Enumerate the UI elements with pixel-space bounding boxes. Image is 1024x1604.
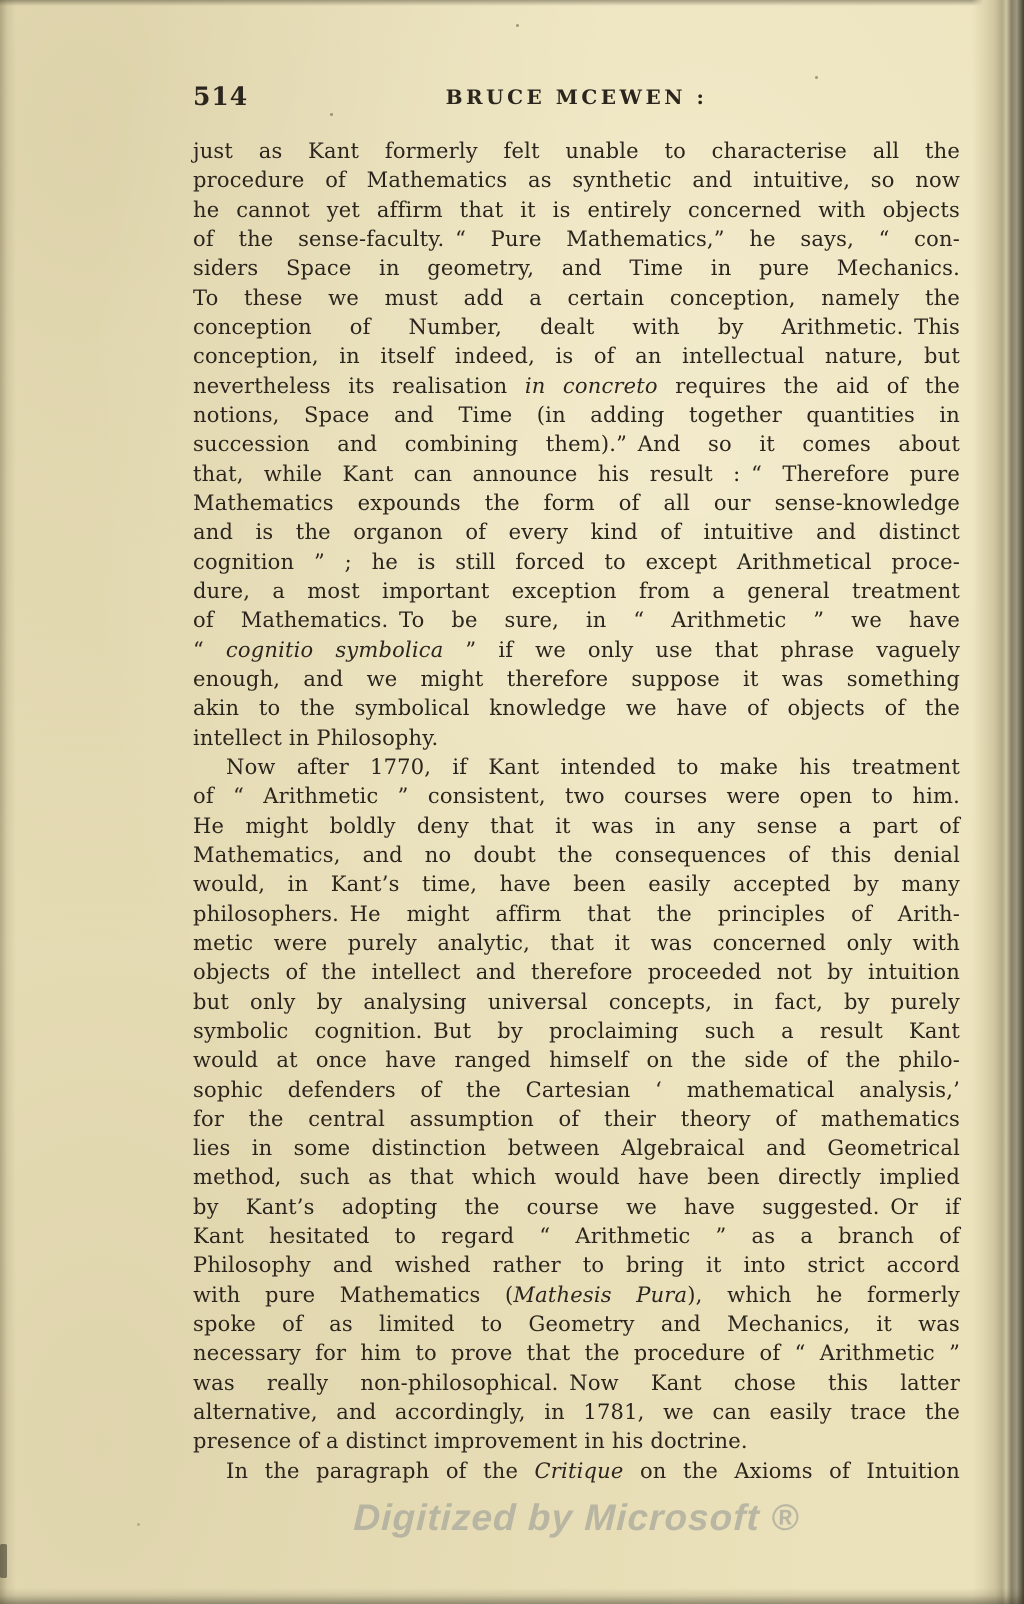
text-segment: would at once have ranged himself on the… [193, 1048, 960, 1072]
text-segment: dure, a most important exception from a … [193, 579, 960, 603]
text-line: He might boldly deny that it was in any … [193, 812, 960, 841]
text-line: sophic defenders of the Cartesian ‘ math… [193, 1076, 960, 1105]
text-segment: Mathematics, and no doubt the consequenc… [193, 843, 960, 867]
text-segment: akin to the symbolical knowledge we have… [193, 696, 960, 720]
scanned-book-page: 514 BRUCE MCEWEN : just as Kant formerly… [0, 0, 1024, 1604]
text-segment: of the sense-faculty. “ Pure Mathematics… [193, 227, 960, 251]
text-segment: for the central assumption of their theo… [193, 1107, 960, 1131]
text-line: for the central assumption of their theo… [193, 1105, 960, 1134]
text-line: lies in some distinction between Algebra… [193, 1134, 960, 1163]
scan-edge-left [0, 0, 16, 1604]
text-segment: he cannot yet affirm that it is entirely… [193, 198, 960, 222]
text-line: procedure of Mathematics as synthetic an… [193, 166, 960, 195]
text-line: necessary for him to prove that the proc… [193, 1339, 960, 1368]
text-line: by Kant’s adopting the course we have su… [193, 1193, 960, 1222]
text-line: of Mathematics. To be sure, in “ Arithme… [193, 606, 960, 635]
text-segment: method, such as that which would have be… [193, 1165, 960, 1189]
text-line: spoke of as limited to Geometry and Mech… [193, 1310, 960, 1339]
text-segment: but only by analysing universal concepts… [193, 990, 960, 1014]
text-line: nevertheless its realisation in concreto… [193, 372, 960, 401]
text-line: Kant hesitated to regard “ Arithmetic ” … [193, 1222, 960, 1251]
text-segment: by Kant’s adopting the course we have su… [193, 1195, 960, 1219]
text-segment: enough, and we might therefore suppose i… [193, 667, 960, 691]
text-block: just as Kant formerly felt unable to cha… [193, 137, 960, 1486]
text-segment: presence of a distinct improvement in hi… [193, 1429, 748, 1453]
text-line: presence of a distinct improvement in hi… [193, 1427, 960, 1456]
text-segment: alternative, and accordingly, in 1781, w… [193, 1400, 960, 1424]
text-segment: procedure of Mathematics as synthetic an… [193, 168, 960, 192]
text-line: that, while Kant can announce his result… [193, 460, 960, 489]
text-segment: nevertheless its realisation [193, 374, 525, 398]
text-segment: just as Kant formerly felt unable to cha… [193, 139, 960, 163]
text-segment: He might boldly deny that it was in any … [193, 814, 960, 838]
text-line: In the paragraph of the Critique on the … [193, 1457, 960, 1486]
text-line: and is the organon of every kind of intu… [193, 518, 960, 547]
text-line: Mathematics, and no doubt the consequenc… [193, 841, 960, 870]
paper-speck [815, 76, 818, 79]
running-head: 514 BRUCE MCEWEN : [193, 82, 960, 112]
text-line: method, such as that which would have be… [193, 1163, 960, 1192]
paragraph: just as Kant formerly felt unable to cha… [193, 137, 960, 753]
paragraph: In the paragraph of the Critique on the … [193, 1457, 960, 1486]
text-line: symbolic cognition. But by proclaiming s… [193, 1017, 960, 1046]
italic-text: Mathesis Pura [513, 1283, 687, 1307]
digitization-watermark: Digitized by Microsoft ® [192, 1497, 960, 1539]
text-line: just as Kant formerly felt unable to cha… [193, 137, 960, 166]
text-segment: philosophers. He might affirm that the p… [193, 902, 960, 926]
text-segment: that, while Kant can announce his result… [193, 462, 960, 486]
text-segment: cognition ” ; he is still forced to exce… [193, 550, 960, 574]
text-segment: with pure Mathematics ( [193, 1283, 513, 1307]
italic-text: cognitio symbolica [226, 638, 444, 662]
text-line: succession and combining them).” And so … [193, 430, 960, 459]
text-segment: conception of Number, dealt with by Arit… [193, 315, 960, 339]
text-segment: Philosophy and wished rather to bring it… [193, 1253, 960, 1277]
scan-edge-top [0, 0, 1024, 6]
text-segment: conception, in itself indeed, is of an i… [193, 344, 960, 368]
text-line: with pure Mathematics (Mathesis Pura), w… [193, 1281, 960, 1310]
text-line: would at once have ranged himself on the… [193, 1046, 960, 1075]
text-segment: succession and combining them).” And so … [193, 432, 960, 456]
text-line: To these we must add a certain conceptio… [193, 284, 960, 313]
paper-speck [516, 24, 519, 27]
text-line: of “ Arithmetic ” consistent, two course… [193, 782, 960, 811]
text-line: of the sense-faculty. “ Pure Mathematics… [193, 225, 960, 254]
text-segment: Kant hesitated to regard “ Arithmetic ” … [193, 1224, 960, 1248]
text-line: metic were purely analytic, that it was … [193, 929, 960, 958]
text-segment: would, in Kant’s time, have been easily … [193, 872, 960, 896]
text-line: was really non-philosophical. Now Kant c… [193, 1369, 960, 1398]
text-segment: Now after 1770, if Kant intended to make… [226, 755, 960, 779]
text-segment: ” if we only use that phrase vaguely [443, 638, 960, 662]
scan-edge-bottom [0, 1588, 1024, 1604]
text-line: conception, in itself indeed, is of an i… [193, 342, 960, 371]
text-segment: objects of the intellect and therefore p… [193, 960, 960, 984]
text-segment: Mathematics expounds the form of all our… [193, 491, 960, 515]
text-segment: symbolic cognition. But by proclaiming s… [193, 1019, 960, 1043]
text-segment: spoke of as limited to Geometry and Mech… [193, 1312, 960, 1336]
text-line: akin to the symbolical knowledge we have… [193, 694, 960, 723]
text-line: conception of Number, dealt with by Arit… [193, 313, 960, 342]
paper-speck [330, 113, 333, 116]
text-segment: siders Space in geometry, and Time in pu… [193, 256, 960, 280]
text-segment: ), which he formerly [687, 1283, 960, 1307]
scan-corner-mark [0, 1544, 7, 1578]
text-line: siders Space in geometry, and Time in pu… [193, 254, 960, 283]
text-line: Philosophy and wished rather to bring it… [193, 1251, 960, 1280]
scan-edge-right [972, 0, 1024, 1604]
text-line: intellect in Philosophy. [193, 724, 960, 753]
text-line: Mathematics expounds the form of all our… [193, 489, 960, 518]
running-header-title: BRUCE MCEWEN : [193, 85, 960, 109]
text-segment: of Mathematics. To be sure, in “ Arithme… [193, 608, 960, 632]
text-line: notions, Space and Time (in adding toget… [193, 401, 960, 430]
text-segment: of “ Arithmetic ” consistent, two course… [193, 784, 960, 808]
text-segment: “ [193, 638, 226, 662]
text-segment: metic were purely analytic, that it was … [193, 931, 960, 955]
text-line: he cannot yet affirm that it is entirely… [193, 196, 960, 225]
text-segment: intellect in Philosophy. [193, 726, 438, 750]
text-segment: was really non-philosophical. Now Kant c… [193, 1371, 960, 1395]
text-segment: notions, Space and Time (in adding toget… [193, 403, 960, 427]
text-line: dure, a most important exception from a … [193, 577, 960, 606]
text-line: objects of the intellect and therefore p… [193, 958, 960, 987]
paper-speck [137, 1523, 140, 1526]
text-segment: sophic defenders of the Cartesian ‘ math… [193, 1078, 960, 1102]
text-line: philosophers. He might affirm that the p… [193, 900, 960, 929]
text-line: Now after 1770, if Kant intended to make… [193, 753, 960, 782]
text-segment: and is the organon of every kind of intu… [193, 520, 960, 544]
text-segment: lies in some distinction between Algebra… [193, 1136, 960, 1160]
text-line: cognition ” ; he is still forced to exce… [193, 548, 960, 577]
text-line: enough, and we might therefore suppose i… [193, 665, 960, 694]
text-segment: on the Axioms of Intuition [624, 1459, 960, 1483]
text-segment: requires the aid of the [658, 374, 960, 398]
text-line: alternative, and accordingly, in 1781, w… [193, 1398, 960, 1427]
text-segment: necessary for him to prove that the proc… [193, 1341, 960, 1365]
italic-text: Critique [535, 1459, 624, 1483]
text-line: would, in Kant’s time, have been easily … [193, 870, 960, 899]
text-segment: In the paragraph of the [226, 1459, 535, 1483]
text-line: “ cognitio symbolica ” if we only use th… [193, 636, 960, 665]
text-segment: To these we must add a certain conceptio… [193, 286, 960, 310]
text-line: but only by analysing universal concepts… [193, 988, 960, 1017]
italic-text: in concreto [525, 374, 658, 398]
paragraph: Now after 1770, if Kant intended to make… [193, 753, 960, 1457]
